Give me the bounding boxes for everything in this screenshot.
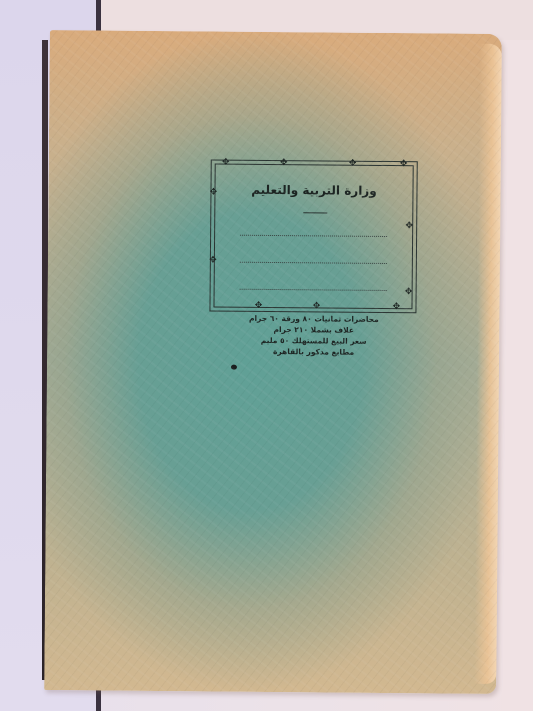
label-box: ✥ ✥ ✥ ✥ ✥ ✥ ✥ ✥ ✥ ✥ ✥ وزارة التربية والت… xyxy=(213,163,413,309)
ornament-icon: ✥ xyxy=(280,159,288,167)
ink-spot xyxy=(231,365,237,370)
ornament-icon: ✥ xyxy=(405,222,413,230)
ornament-icon: ✥ xyxy=(209,256,217,264)
subject-line xyxy=(240,289,387,291)
name-line xyxy=(240,235,387,237)
title-underline xyxy=(303,212,327,213)
ornament-icon: ✥ xyxy=(349,160,357,168)
class-line xyxy=(240,262,387,264)
ornament-icon: ✥ xyxy=(312,302,320,310)
ornament-icon: ✥ xyxy=(405,288,413,296)
imprint-line: مطابع مدكور بالقاهرة xyxy=(215,345,412,358)
cover-right-edge xyxy=(474,44,502,684)
imprint-text: محاضرات ثمانيات ٨٠ ورقة ٦٠ جرام غلاف بشم… xyxy=(215,312,412,358)
ornament-icon: ✥ xyxy=(254,302,262,310)
ornament-icon: ✥ xyxy=(222,159,230,167)
ornament-icon: ✥ xyxy=(392,303,400,311)
ornament-icon: ✥ xyxy=(400,160,408,168)
ministry-title: وزارة التربية والتعليم xyxy=(215,182,412,198)
notebook-cover: ✥ ✥ ✥ ✥ ✥ ✥ ✥ ✥ ✥ ✥ ✥ وزارة التربية والت… xyxy=(44,30,502,694)
